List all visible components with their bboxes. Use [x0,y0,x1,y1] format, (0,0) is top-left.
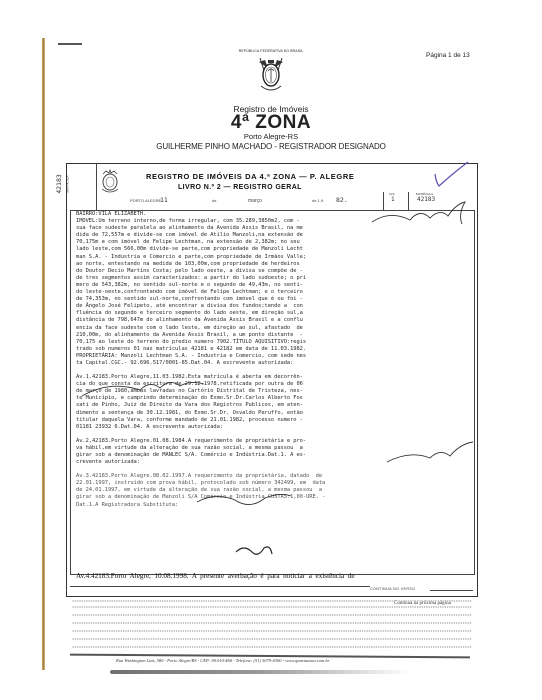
dotted-line [72,606,472,608]
footer-address: Rua Washington Luiz, 580 - Porto Alegre/… [116,658,329,663]
zona-title: 4ª ZONA [0,112,542,134]
text-line: trado sob numeros 01 nas matrículas 4218… [76,346,471,353]
text-line: PROPRIETÁRIA: Manzoli Lechtman S.A. - In… [76,353,471,360]
registrar-name: GUILHERME PINHO MACHADO - REGISTRADOR DE… [0,142,542,151]
text-line: 210,00m, do alinhamento da Avenida Assis… [76,332,471,339]
signature-icon [385,440,475,468]
text-line: ao norte, entestando na medida de 103,00… [76,261,471,268]
side-matricula-number: 42183 [55,174,63,194]
text-line: dimento a sentença de 30.12.1981, do Exm… [76,410,471,417]
date-city: PORTO ALEGRE, [130,198,162,203]
form-title: REGISTRO DE IMÓVEIS DA 4.ª ZONA — P. ALE… [146,172,354,181]
top-mark [58,43,82,45]
date-year: 82. [336,196,348,204]
text-line: encia da face sudeste com o lado leste, … [76,325,471,332]
av4-entry: Av.4.42183.Porto Alegre, 10.08.1998. A p… [76,572,355,580]
checkmark-icon [432,160,472,192]
livro-title: LIVRO N.º 2 — REGISTRO GERAL [178,184,302,191]
verso-rule [70,586,370,587]
text-line: titular daquela Vara, conforme mandado d… [76,417,471,424]
signature-icon [80,376,210,400]
signature-icon [370,200,470,230]
text-line: ta Capital.CGC.- 92.696.517/0001-85.Dat.… [76,360,471,367]
text-line: 22.01.1997, instruído com prova hábil, p… [76,480,471,487]
text-line: mero de 543,382m, no sentido sul-norte e… [76,282,471,289]
dotted-line [72,630,472,632]
continua-no-verso: CONTINUA NO VERSO [370,587,415,591]
republica-label: REPÚBLICA FEDERATIVA DO BRASIL [0,49,542,53]
verso-rule-right [430,590,473,591]
date-de: de [212,198,216,203]
continua-proxima-pagina: Continua na próxima página [393,601,451,606]
side-matricula-label: MATRÍCULA [66,175,70,192]
frame-left-rule [66,163,67,593]
scan-shadow [110,670,410,674]
signature-icon [234,542,274,562]
text-line: do Doutor Decio Martins Costa; pelo lado… [76,268,471,275]
dotted-line [72,622,472,624]
coat-of-arms-icon [256,56,286,96]
text-line: lado leste,com 566,00m divide-se parte,c… [76,246,471,253]
text-line: 70,175 ao leste do terreno do predio num… [76,339,471,346]
dotted-line [72,638,472,640]
date-de-year: de 1.9 [312,198,323,203]
text-line: 70,175m e com imóvel de Felipe Lechtman,… [76,239,471,246]
page-indicator: Página 1 de 13 [426,52,470,59]
signature-icon [195,490,295,514]
text-line: sati de Pinho, Juiz de Direito da Vara d… [76,402,471,409]
text-line: man S.A. - Industria e Comercio e parte,… [76,254,471,261]
text-line: 01181 23932 6.Dat.04. A escrevente autor… [76,424,471,431]
date-month: março [248,198,262,204]
form-crest-icon [100,169,120,193]
dotted-line [72,614,472,616]
city-label: Porto Alegre-RS [0,132,542,141]
text-line: de tres segmentos assim caracterizados: … [76,275,471,282]
date-day: 11 [160,196,168,204]
side-strip-rule [96,163,97,210]
dotted-line [72,646,472,648]
text-line: distância de 798,647m do alinhamento da … [76,317,471,324]
